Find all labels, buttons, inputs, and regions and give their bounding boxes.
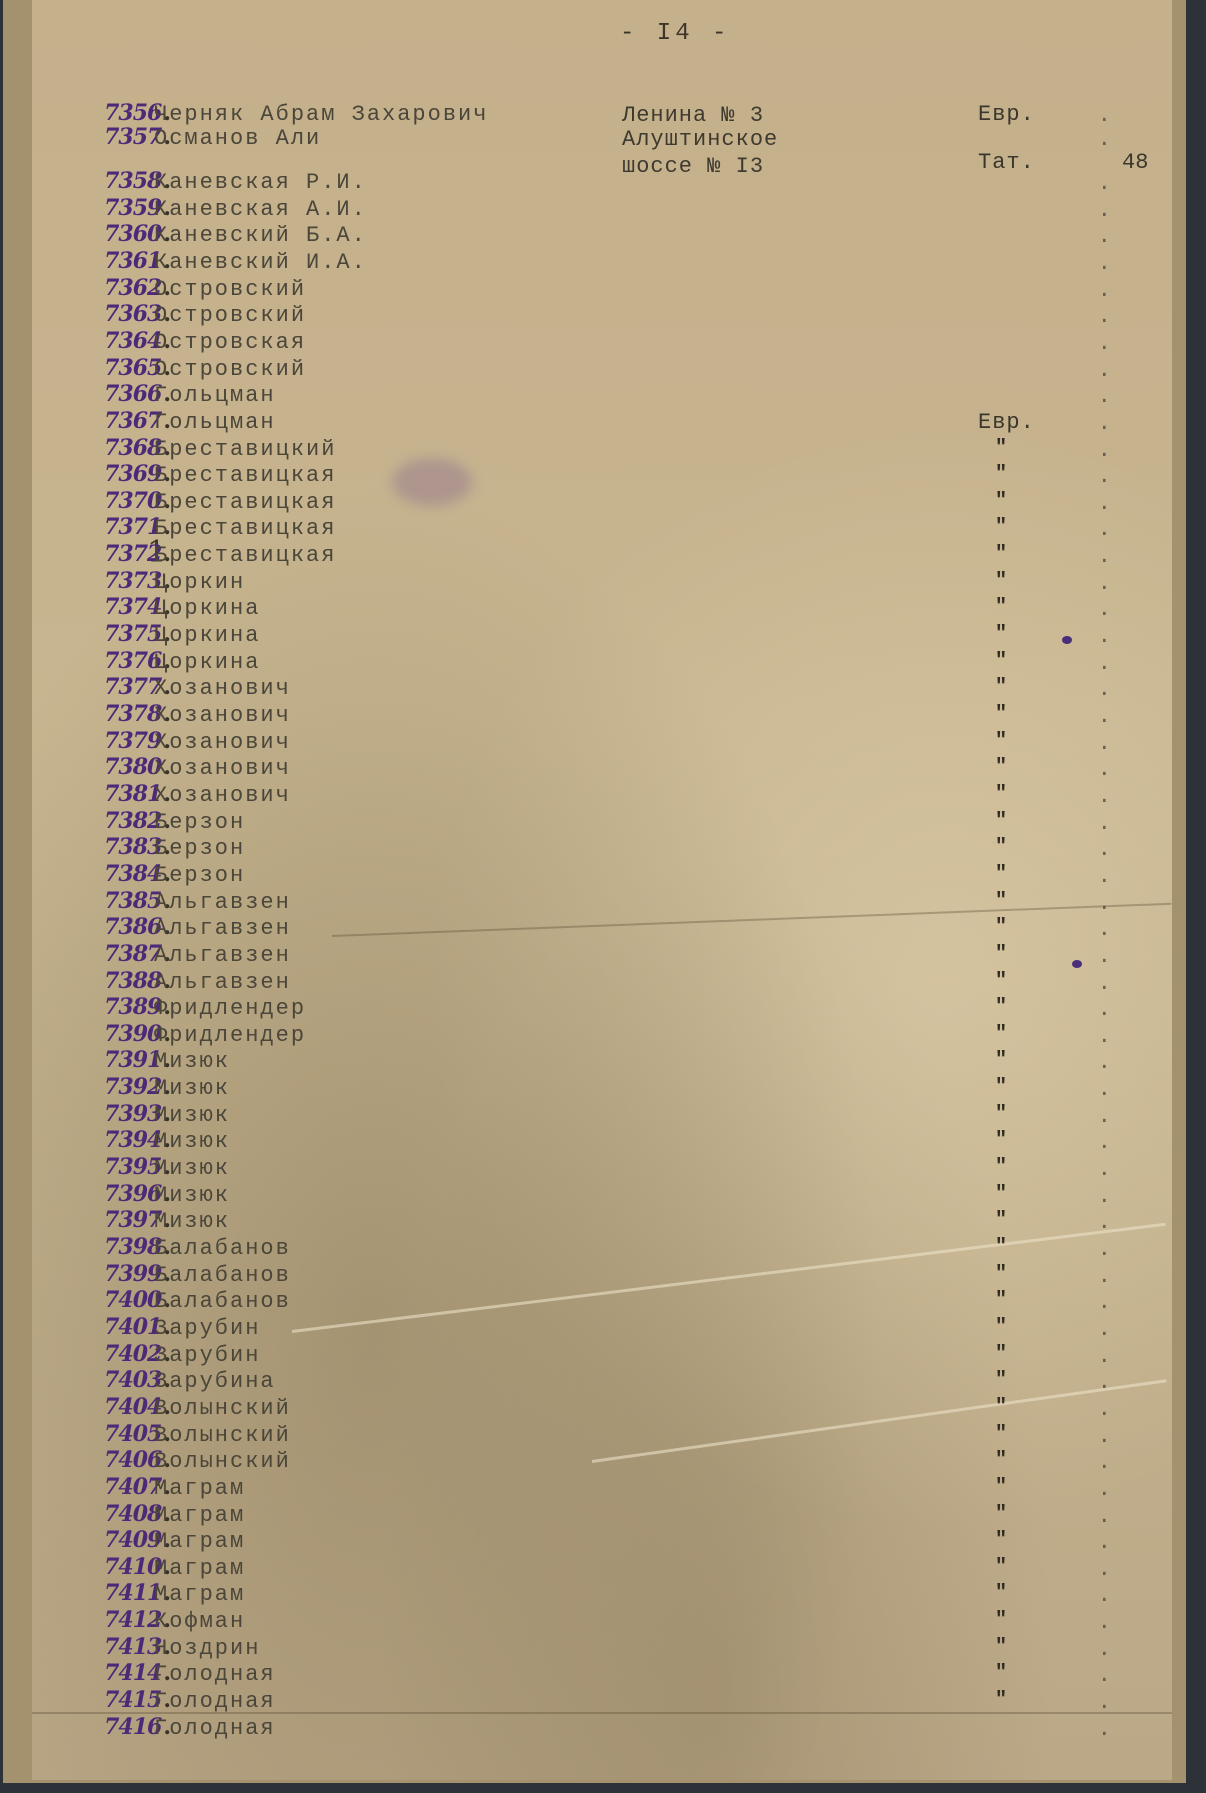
faded-column-value: . — [1098, 650, 1111, 674]
ditto-mark: " — [995, 1049, 1007, 1072]
faded-column-value: . — [1098, 1076, 1111, 1100]
entry-number: 7359 — [52, 195, 170, 221]
entry-number: 7412 — [52, 1607, 170, 1633]
entry-name: Островский — [154, 277, 306, 302]
entry-number: 7402 — [52, 1341, 170, 1367]
entry-number: 7398 — [52, 1234, 170, 1260]
faded-column-value: . — [1098, 1662, 1111, 1686]
ditto-mark: " — [995, 836, 1007, 859]
faded-column-value: . — [1098, 970, 1111, 994]
table-row: 7401Зарубин". — [32, 1316, 1172, 1342]
entry-name: Маграм — [154, 1529, 245, 1554]
table-row: 7391Мизюк". — [32, 1049, 1172, 1075]
table-row: 7406Волынский". — [32, 1449, 1172, 1475]
entry-number: 7405 — [52, 1421, 170, 1447]
entry-number: 7369 — [52, 461, 170, 487]
entry-name: Бреставицкая — [154, 543, 336, 568]
entry-name: Балабанов — [154, 1289, 291, 1314]
entry-number: 7385 — [52, 888, 170, 914]
entry-name: Бреставицкий — [154, 437, 336, 462]
entry-name: Мизюк — [154, 1103, 230, 1128]
faded-column-value: . — [1098, 437, 1111, 461]
ditto-mark: " — [995, 1316, 1007, 1339]
entry-number: 7358 — [52, 168, 170, 194]
document-page: - I4 - 1 7356Черняк Абрам ЗахаровичЛенин… — [32, 0, 1172, 1780]
ditto-mark: " — [995, 1369, 1007, 1392]
entry-number: 7415 — [52, 1687, 170, 1713]
ditto-mark: " — [995, 916, 1007, 939]
faded-column-value: . — [1098, 1209, 1111, 1233]
entry-name: Османов Али — [154, 126, 321, 151]
entry-number: 7411 — [52, 1580, 170, 1606]
table-row: 7370Бреставицкая". — [32, 490, 1172, 516]
faded-column-value: . — [1098, 383, 1111, 407]
entry-name: Гольцман — [154, 383, 276, 408]
ditto-mark: " — [995, 1662, 1007, 1685]
faded-column-value: . — [1098, 1156, 1111, 1180]
entry-number: 7383 — [52, 834, 170, 860]
table-row: 7394Мизюк". — [32, 1129, 1172, 1155]
faded-column-value: . — [1098, 1529, 1111, 1553]
entry-name: Мизюк — [154, 1129, 230, 1154]
table-row: 7412Кофман". — [32, 1609, 1172, 1635]
entry-name: Хозанович — [154, 676, 291, 701]
table-row: 7390Фридлендер". — [32, 1023, 1172, 1049]
entry-number: 7399 — [52, 1261, 170, 1287]
entry-name: Ноздрин — [154, 1636, 260, 1661]
entry-number: 7406 — [52, 1447, 170, 1473]
entry-number: 7375 — [52, 621, 170, 647]
faded-column-value: . — [1098, 303, 1111, 327]
faded-column-value: . — [1098, 1636, 1111, 1660]
ditto-mark: " — [995, 890, 1007, 913]
entry-number: 7356 — [52, 100, 170, 126]
table-row: 7363Островский. — [32, 303, 1172, 329]
table-row: 7416Голодная. — [32, 1716, 1172, 1742]
table-row: 7410Маграм". — [32, 1556, 1172, 1582]
entry-number: 7396 — [52, 1181, 170, 1207]
table-row: 7409Маграм". — [32, 1529, 1172, 1555]
ditto-mark: " — [995, 970, 1007, 993]
ditto-mark: " — [995, 703, 1007, 726]
table-row: 7382Берзон". — [32, 810, 1172, 836]
entry-name: Волынский — [154, 1423, 291, 1448]
entry-number: 7373 — [52, 568, 170, 594]
faded-column-value: . — [1098, 863, 1111, 887]
faded-column-value: . — [1098, 1023, 1111, 1047]
entry-name: Мизюк — [154, 1183, 230, 1208]
ditto-mark: " — [995, 1689, 1007, 1712]
ditto-mark: " — [995, 996, 1007, 1019]
address-line: Алуштинское — [622, 126, 778, 153]
entry-number: 7376 — [52, 648, 170, 674]
entry-name: Фридлендер — [154, 996, 306, 1021]
faded-column-value: . — [1098, 756, 1111, 780]
ditto-mark: " — [995, 516, 1007, 539]
entry-name: Цоркина — [154, 650, 260, 675]
faded-column-value: . — [1098, 1343, 1111, 1367]
entry-number: 7363 — [52, 301, 170, 327]
faded-column-value: . — [1098, 1236, 1111, 1260]
entry-number: 7389 — [52, 994, 170, 1020]
faded-column-value: . — [1098, 1476, 1111, 1500]
ditto-mark: " — [995, 1636, 1007, 1659]
faded-column-value: . — [1098, 1423, 1111, 1447]
faded-column-value: . — [1098, 676, 1111, 700]
table-row: 7399Балабанов". — [32, 1263, 1172, 1289]
entry-address: Ленина № 3 — [622, 102, 764, 129]
entry-name: Хозанович — [154, 730, 291, 755]
nationality: Евр. — [978, 102, 1035, 127]
ditto-mark: " — [995, 1423, 1007, 1446]
faded-column-value: . — [1098, 1716, 1111, 1740]
faded-column-value: . — [1098, 890, 1111, 914]
entry-name: Маграм — [154, 1582, 245, 1607]
table-row: 7405Волынский". — [32, 1423, 1172, 1449]
entry-name: Мизюк — [154, 1076, 230, 1101]
entry-name: Каневский Б.А. — [154, 223, 367, 248]
faded-column-value: . — [1098, 783, 1111, 807]
ditto-mark: " — [995, 943, 1007, 966]
ditto-mark: " — [995, 676, 1007, 699]
faded-column-value: . — [1098, 357, 1111, 381]
entry-number: 7394 — [52, 1127, 170, 1153]
entry-name: Хозанович — [154, 703, 291, 728]
entry-name: Мизюк — [154, 1156, 230, 1181]
table-row: 7403Зарубина". — [32, 1369, 1172, 1395]
page-number: - I4 - — [620, 20, 730, 47]
faded-column-value: . — [1098, 703, 1111, 727]
ditto-mark: " — [995, 1236, 1007, 1259]
table-row: 7411Маграм". — [32, 1582, 1172, 1608]
table-row: 7378Хозанович". — [32, 703, 1172, 729]
table-row: 7377Хозанович". — [32, 676, 1172, 702]
entry-number: 7416 — [52, 1714, 170, 1740]
entry-name: Балабанов — [154, 1263, 291, 1288]
table-row: 7384Берзон". — [32, 863, 1172, 889]
table-row: 7413Ноздрин". — [32, 1636, 1172, 1662]
entry-number: 7364 — [52, 328, 170, 354]
ditto-mark: " — [995, 1183, 1007, 1206]
table-row: 7362Островский. — [32, 277, 1172, 303]
entry-number: 7377 — [52, 674, 170, 700]
faded-column-value: . — [1098, 1129, 1111, 1153]
nationality: Евр. — [978, 410, 1035, 435]
entry-number: 7401 — [52, 1314, 170, 1340]
entry-number: 7371 — [52, 514, 170, 540]
entry-name: Мизюк — [154, 1209, 230, 1234]
entry-number: 7370 — [52, 488, 170, 514]
entry-number: 7387 — [52, 941, 170, 967]
ditto-mark: " — [995, 730, 1007, 753]
entry-number: 7388 — [52, 968, 170, 994]
table-row: 7385Альгавзен". — [32, 890, 1172, 916]
entry-name: Фридлендер — [154, 1023, 306, 1048]
entry-number: 7395 — [52, 1154, 170, 1180]
ditto-mark: " — [995, 490, 1007, 513]
entry-name: Каневский И.А. — [154, 250, 367, 275]
ditto-mark: " — [995, 783, 1007, 806]
faded-column-value: . — [1098, 1263, 1111, 1287]
entry-name: Альгавзен — [154, 916, 291, 941]
entry-number: 7372 — [52, 541, 170, 567]
ditto-mark: " — [995, 1529, 1007, 1552]
entry-name: Маграм — [154, 1476, 245, 1501]
entry-number: 7378 — [52, 701, 170, 727]
ditto-mark: " — [995, 1289, 1007, 1312]
table-row: 7365Островский. — [32, 357, 1172, 383]
entry-number: 7386 — [52, 914, 170, 940]
entry-number: 7414 — [52, 1660, 170, 1686]
faded-column-value: . — [1098, 810, 1111, 834]
table-row: 7387Альгавзен". — [32, 943, 1172, 969]
entry-name: Балабанов — [154, 1236, 291, 1261]
ditto-mark: " — [995, 1103, 1007, 1126]
table-row: 7373Цоркин". — [32, 570, 1172, 596]
faded-column-value: . — [1098, 1396, 1111, 1420]
entry-name: Бреставицкая — [154, 463, 336, 488]
table-row: 7369Бреставицкая". — [32, 463, 1172, 489]
ditto-mark: " — [995, 570, 1007, 593]
faded-column-value: . — [1098, 1049, 1111, 1073]
entry-number: 7404 — [52, 1394, 170, 1420]
entry-name: Голодная — [154, 1662, 276, 1687]
faded-column-value: . — [1098, 943, 1111, 967]
table-row: 7364Островская. — [32, 330, 1172, 356]
table-row: 7375Цоркина". — [32, 623, 1172, 649]
faded-column-value: . — [1098, 1316, 1111, 1340]
faded-column-value: . — [1098, 330, 1111, 354]
entry-name: Берзон — [154, 810, 245, 835]
table-row: 7368Бреставицкий". — [32, 437, 1172, 463]
entry-number: 7357 — [52, 124, 170, 150]
table-row: 7400Балабанов". — [32, 1289, 1172, 1315]
table-row: 7408Маграм". — [32, 1503, 1172, 1529]
faded-column-value: . — [1098, 1689, 1111, 1713]
ditto-mark: " — [995, 1156, 1007, 1179]
entry-name: Цоркина — [154, 596, 260, 621]
entry-name: Зарубина — [154, 1369, 276, 1394]
entry-name: Мизюк — [154, 1049, 230, 1074]
entry-number: 7391 — [52, 1047, 170, 1073]
nationality: Тат. — [978, 150, 1035, 175]
entry-name: Гольцман — [154, 410, 276, 435]
ditto-mark: " — [995, 1023, 1007, 1046]
table-row: 7389Фридлендер". — [32, 996, 1172, 1022]
faded-column-value: . — [1098, 516, 1111, 540]
table-row: 7402Зарубин". — [32, 1343, 1172, 1369]
faded-column-value: . — [1098, 596, 1111, 620]
table-row: 7398Балабанов". — [32, 1236, 1172, 1262]
ditto-mark: " — [995, 1556, 1007, 1579]
entry-number: 7368 — [52, 435, 170, 461]
table-row: 7372Бреставицкая". — [32, 543, 1172, 569]
entry-name: Альгавзен — [154, 970, 291, 995]
entry-name: Каневская А.И. — [154, 197, 367, 222]
table-row: 7407Маграм". — [32, 1476, 1172, 1502]
faded-column-value: . — [1098, 1103, 1111, 1127]
ditto-mark: " — [995, 1582, 1007, 1605]
ditto-mark: " — [995, 1343, 1007, 1366]
entry-number: 7361 — [52, 248, 170, 274]
faded-column-value: . — [1098, 463, 1111, 487]
entry-name: Бреставицкая — [154, 490, 336, 515]
faded-column-value: . — [1098, 996, 1111, 1020]
ditto-mark: " — [995, 1129, 1007, 1152]
entry-number: 7392 — [52, 1074, 170, 1100]
ditto-mark: " — [995, 1076, 1007, 1099]
entry-name: Альгавзен — [154, 890, 291, 915]
faded-column-value: . — [1098, 1369, 1111, 1393]
ditto-mark: " — [995, 1609, 1007, 1632]
faded-column-value: . — [1098, 1183, 1111, 1207]
faded-column-value: . — [1098, 1556, 1111, 1580]
entry-name: Бреставицкая — [154, 516, 336, 541]
ditto-mark: " — [995, 437, 1007, 460]
entry-number: 7380 — [52, 754, 170, 780]
table-row: 7380Хозанович". — [32, 756, 1172, 782]
entry-name: Маграм — [154, 1556, 245, 1581]
entry-name: Цоркин — [154, 570, 245, 595]
table-row: 7396Мизюк". — [32, 1183, 1172, 1209]
entry-name: Хозанович — [154, 783, 291, 808]
ditto-mark: " — [995, 1209, 1007, 1232]
table-row: 7366Гольцман. — [32, 383, 1172, 409]
faded-column-value: . — [1098, 490, 1111, 514]
ditto-mark: " — [995, 543, 1007, 566]
entry-name: Берзон — [154, 863, 245, 888]
table-row: 7371Бреставицкая". — [32, 516, 1172, 542]
faded-column-value: . — [1098, 170, 1111, 194]
entry-number: 7390 — [52, 1021, 170, 1047]
ditto-mark: " — [995, 1449, 1007, 1472]
ditto-mark: " — [995, 810, 1007, 833]
ditto-mark: " — [995, 623, 1007, 646]
ditto-mark: " — [995, 1396, 1007, 1419]
entry-number: 7382 — [52, 808, 170, 834]
table-row: 7360Каневский Б.А.. — [32, 223, 1172, 249]
table-row: 7383Берзон". — [32, 836, 1172, 862]
faded-column-value: . — [1098, 1503, 1111, 1527]
table-row: 7415Голодная". — [32, 1689, 1172, 1715]
faded-column-value: . — [1098, 543, 1111, 567]
table-row: 7381Хозанович". — [32, 783, 1172, 809]
ditto-mark: " — [995, 650, 1007, 673]
ditto-mark: " — [995, 596, 1007, 619]
entry-number: 7393 — [52, 1101, 170, 1127]
entry-number: 7403 — [52, 1367, 170, 1393]
age-value: 48 — [1122, 150, 1148, 175]
faded-column-value: . — [1098, 1582, 1111, 1606]
ditto-mark: " — [995, 863, 1007, 886]
ditto-mark: " — [995, 1263, 1007, 1286]
table-row: 7386Альгавзен". — [32, 916, 1172, 942]
ditto-mark: " — [995, 1503, 1007, 1526]
entry-number: 7360 — [52, 221, 170, 247]
entry-name: Островский — [154, 357, 306, 382]
ditto-mark: " — [995, 463, 1007, 486]
entry-number: 7384 — [52, 861, 170, 887]
faded-column-value: . — [1098, 197, 1111, 221]
table-row: 7361Каневский И.А.. — [32, 250, 1172, 276]
table-row: 7374Цоркина". — [32, 596, 1172, 622]
table-row: 7395Мизюк". — [32, 1156, 1172, 1182]
entry-name: Берзон — [154, 836, 245, 861]
faded-column-value: . — [1098, 1609, 1111, 1633]
table-row: 7392Мизюк". — [32, 1076, 1172, 1102]
faded-column-value: . — [1098, 836, 1111, 860]
entry-name: Альгавзен — [154, 943, 291, 968]
entry-number: 7367 — [52, 408, 170, 434]
entry-number: 7362 — [52, 275, 170, 301]
entry-number: 7409 — [52, 1527, 170, 1553]
entry-name: Голодная — [154, 1716, 276, 1741]
entry-name: Маграм — [154, 1503, 245, 1528]
entry-name: Хозанович — [154, 756, 291, 781]
entry-number: 7374 — [52, 594, 170, 620]
table-row: 7397Мизюк". — [32, 1209, 1172, 1235]
entry-name: Цоркина — [154, 623, 260, 648]
table-row: 7376Цоркина". — [32, 650, 1172, 676]
entry-name: Островская — [154, 330, 306, 355]
entry-name: Черняк Абрам Захарович — [154, 102, 488, 127]
table-row: 7379Хозанович". — [32, 730, 1172, 756]
faded-column-value: . — [1098, 916, 1111, 940]
entry-number: 7400 — [52, 1287, 170, 1313]
table-row: 7414Голодная". — [32, 1662, 1172, 1688]
table-row: 7404Волынский". — [32, 1396, 1172, 1422]
entry-number: 7413 — [52, 1634, 170, 1660]
entry-name: Островский — [154, 303, 306, 328]
faded-column-value: . — [1098, 250, 1111, 274]
entry-number: 7366 — [52, 381, 170, 407]
entry-name: Волынский — [154, 1396, 291, 1421]
faded-column-value: . — [1098, 730, 1111, 754]
faded-column-value: . — [1098, 1449, 1111, 1473]
faded-column-value: . — [1098, 410, 1111, 434]
entry-name: Зарубин — [154, 1316, 260, 1341]
faded-column-value: . — [1098, 1289, 1111, 1313]
entry-number: 7379 — [52, 728, 170, 754]
table-row: 7388Альгавзен". — [32, 970, 1172, 996]
entry-name: Каневская Р.И. — [154, 170, 367, 195]
faded-column-value: . — [1098, 126, 1111, 150]
entry-name: Волынский — [154, 1449, 291, 1474]
entry-number: 7408 — [52, 1501, 170, 1527]
entry-name: Голодная — [154, 1689, 276, 1714]
ditto-mark: " — [995, 756, 1007, 779]
faded-column-value: . — [1098, 223, 1111, 247]
entry-name: Зарубин — [154, 1343, 260, 1368]
table-row: 7357Османов АлиАлуштинскоешоссе № I3. — [32, 126, 1172, 152]
address-line: Ленина № 3 — [622, 102, 764, 129]
entry-number: 7397 — [52, 1207, 170, 1233]
table-row: 7393Мизюк". — [32, 1103, 1172, 1129]
entry-number: 7365 — [52, 355, 170, 381]
ditto-mark: " — [995, 1476, 1007, 1499]
entry-number: 7410 — [52, 1554, 170, 1580]
entry-number: 7407 — [52, 1474, 170, 1500]
faded-column-value: . — [1098, 277, 1111, 301]
table-row: 7359Каневская А.И.. — [32, 197, 1172, 223]
entry-number: 7381 — [52, 781, 170, 807]
faded-column-value: . — [1098, 570, 1111, 594]
faded-column-value: . — [1098, 623, 1111, 647]
entry-name: Кофман — [154, 1609, 245, 1634]
faded-column-value: . — [1098, 102, 1111, 126]
